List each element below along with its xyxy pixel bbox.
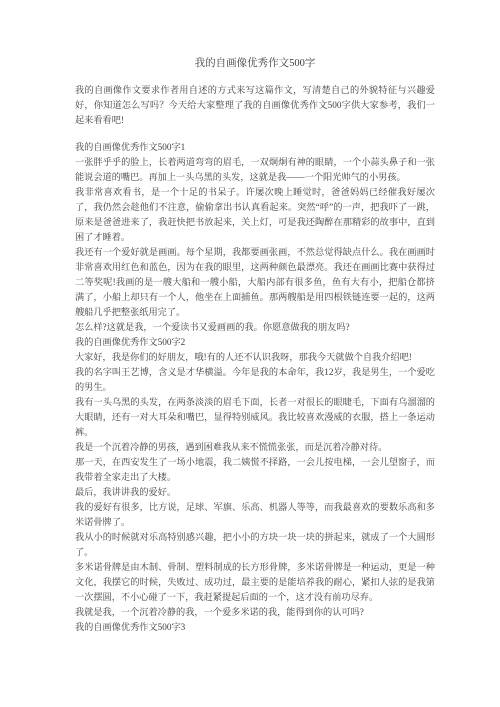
section-heading: 我的自画像优秀作文500字1 (75, 140, 435, 155)
paragraph: 我的爱好有很多，比方说，足球、军旗、乐高、机器人等等，而我最喜欢的要数乐高和多米… (75, 500, 435, 530)
section-heading: 我的自画像优秀作文500字2 (75, 335, 435, 350)
paragraph: 我是一个沉着冷静的男孩，遇到困难我从来不慌慌张张，而是沉着冷静对待。 (75, 440, 435, 455)
paragraph: 一张胖乎乎的脸上，长着两道弯弯的眉毛，一双炯炯有神的眼睛，一个小蒜头鼻子和一张能… (75, 155, 435, 185)
paragraph: 我非常喜欢看书，是一个十足的书呆子。许屡次晚上睡觉时，爸爸妈妈已经催我好屡次了，… (75, 185, 435, 245)
paragraph: 怎么样?这就是我，一个爱读书又爱画画的我。你愿意做我的朋友吗? (75, 320, 435, 335)
paragraph: 我的名字叫王艺博，含义是才华横溢。今年是我的本命年，我12岁，我是男生，一个爱吃… (75, 365, 435, 395)
paragraph: 我从小的时候就对乐高特别感兴趣，把小小的方块一块一块的拼起来，就成了一个大圆形了… (75, 530, 435, 560)
paragraph: 多米诺骨牌是由木制、骨制、塑料制成的长方形骨牌，多米诺骨牌是一种运动，更是一种文… (75, 560, 435, 605)
paragraph: 那一天，在西安发生了一场小地震，我二姨慌不择路，一会儿按电梯，一会儿望窗子，而我… (75, 455, 435, 485)
paragraph: 我就是我，一个沉着冷静的我，一个爱多米诺的我，能得到你的认可吗? (75, 605, 435, 620)
paragraph: 我有一头乌黑的头发，在两条淡淡的眉毛下面，长者一对很长的眼睫毛，下面有乌溜溜的大… (75, 395, 435, 440)
paragraph: 我的自画像作文要求作者用自述的方式来写这篇作文，写清楚自己的外貌特征与兴趣爱好，… (75, 83, 435, 128)
document-page: 我的自画像优秀作文500字 我的自画像作文要求作者用自述的方式来写这篇作文，写清… (0, 0, 500, 707)
document-body: 我的自画像作文要求作者用自述的方式来写这篇作文，写清楚自己的外貌特征与兴趣爱好，… (75, 83, 435, 635)
paragraph: 大家好，我是你们的好朋友，哦!有的人还不认识我呀，那我今天就做个自我介绍吧! (75, 350, 435, 365)
paragraph: 最后，我讲讲我的爱好。 (75, 485, 435, 500)
section-heading: 我的自画像优秀作文500字3 (75, 620, 435, 635)
paragraph: 我还有一个爱好就是画画。每个星期，我都要画张画，不然总觉得缺点什么。我在画画时非… (75, 245, 435, 320)
document-title: 我的自画像优秀作文500字 (75, 56, 435, 71)
